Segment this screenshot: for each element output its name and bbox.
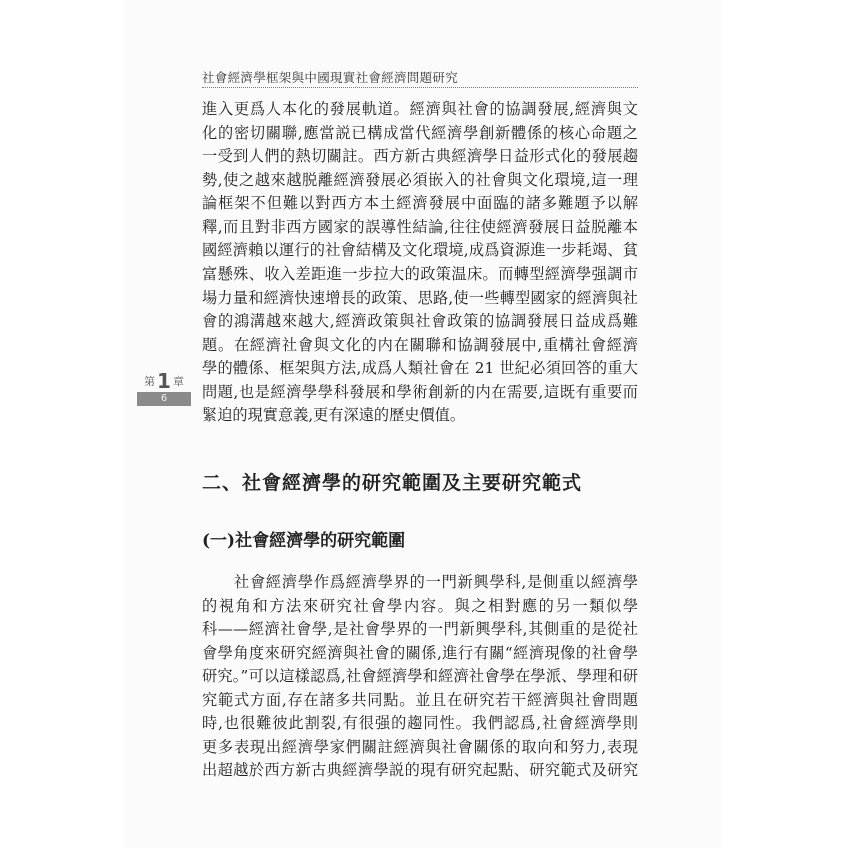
chapter-label: 第1章 bbox=[136, 372, 192, 391]
paragraph-1-line: 勢,使之越來越脱離經濟發展必須嵌入的社會與文化環境,這一理 bbox=[202, 170, 638, 190]
paragraph-2-line: 研究。”可以這樣認爲,社會經濟學和經濟社會學在學派、學理和研 bbox=[202, 666, 638, 686]
section-heading: 二、社會經濟學的研究範圍及主要研究範式 bbox=[202, 468, 582, 495]
paragraph-1-line: 富懸殊、收入差距進一步拉大的政策温床。而轉型經濟學强調市 bbox=[202, 264, 638, 284]
paragraph-1-line: 進入更爲人本化的發展軌道。經濟與社會的協調發展,經濟與文 bbox=[202, 99, 638, 119]
paragraph-1-line: 會的鴻溝越來越大,經濟政策與社會政策的協調發展日益成爲難 bbox=[202, 311, 638, 331]
paragraph-1-line: 場力量和經濟快速增長的政策、思路,使一些轉型國家的經濟與社 bbox=[202, 288, 638, 308]
paragraph-1-line: 釋,而且對非西方國家的誤導性結論,往往使經濟發展日益脱離本 bbox=[202, 217, 638, 237]
paragraph-2-line: 究範式方面,存在諸多共同點。並且在研究若干經濟與社會問題 bbox=[202, 690, 638, 710]
paragraph-1-line: 一受到人們的熱切關註。西方新古典經濟學日益形式化的發展趨 bbox=[202, 146, 638, 166]
chapter-number: 1 bbox=[155, 369, 173, 393]
paragraph-2-line: 出超越於西方新古典經濟學説的現有研究起點、研究範式及研究 bbox=[202, 760, 638, 780]
paragraph-1-line: 論框架不但難以對西方本土經濟發展中面臨的諸多難題予以解 bbox=[202, 193, 638, 213]
chapter-marker: 第1章 6 bbox=[136, 372, 192, 406]
paragraph-1-line: 問題,也是經濟學學科發展和學術創新的内在需要,這既有重要而 bbox=[202, 382, 638, 402]
paragraph-1-line: 緊迫的現實意義,更有深遠的歷史價值。 bbox=[202, 405, 638, 425]
running-head: 社會經濟學框架與中國現實社會經濟問題研究 bbox=[202, 68, 638, 86]
paragraph-2-line: 科——經濟社會學,是社會學界的一門新興學科,其側重的是從社 bbox=[202, 619, 638, 639]
paragraph-1-line: 學的體係、框架與方法,成爲人類社會在 21 世紀必須回答的重大 bbox=[202, 358, 638, 378]
paragraph-1-line: 國經濟賴以運行的社會結構及文化環境,成爲資源進一步耗竭、貧 bbox=[202, 240, 638, 260]
paragraph-1-line: 化的密切關聯,應當説已構成當代經濟學創新體係的核心命題之 bbox=[202, 123, 638, 143]
paragraph-2-line: 更多表現出經濟學家們關註經濟與社會關係的取向和努力,表現 bbox=[202, 737, 638, 757]
page-number: 6 bbox=[137, 392, 191, 406]
paragraph-2-line: 的視角和方法來研究社會學内容。與之相對應的另一類似學 bbox=[202, 596, 638, 616]
chapter-prefix: 第 bbox=[144, 375, 155, 388]
paragraph-2-line: 時,也很難彼此割裂,有很强的趨同性。我們認爲,社會經濟學則 bbox=[202, 713, 638, 733]
subsection-heading: (一)社會經濟學的研究範圍 bbox=[202, 526, 405, 551]
paragraph-2-line: 社會經濟學作爲經濟學界的一門新興學科,是側重以經濟學 bbox=[234, 572, 638, 592]
paragraph-2-line: 會學角度來研究經濟與社會的關係,進行有關“經濟現像的社會學 bbox=[202, 643, 638, 663]
chapter-suffix: 章 bbox=[173, 375, 184, 388]
paragraph-1-line: 題。在經濟社會與文化的内在關聯和協調發展中,重構社會經濟 bbox=[202, 335, 638, 355]
header-dotted-rule bbox=[202, 87, 638, 88]
